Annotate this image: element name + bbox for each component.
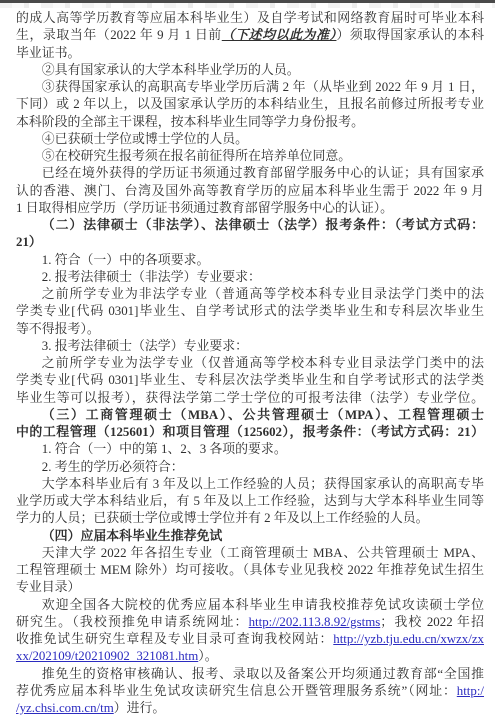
text-line: 推免生的资格审核确认、报考、录取以及备案公开均须通过教育部“全国推	[16, 666, 484, 683]
text-line: 研究生。（我校预推免申请系统网址：http://202.113.8.92/gst…	[16, 614, 484, 631]
text-line: 认的香港、澳门、台湾及国外高等教育学历的应届本科毕业生需于 2022 年 9 月	[16, 183, 484, 200]
text-line: 天津大学 2022 年各招生专业（工商管理硕士 MBA、公共管理硕士 MPA、	[16, 545, 484, 562]
text-run: 收推免试生研究生章程及专业目录可查询我校网站：	[16, 632, 333, 646]
text-run: 学类专业[代码 0301]毕业生、专科层次法学类毕业生和自学考试形式的法学类	[16, 373, 484, 387]
text-line: 3. 报考法律硕士（法学）专业要求：	[16, 338, 484, 355]
text-run: 推免生的资格审核确认、报考、录取以及备案公开均须通过教育部“全国推	[42, 667, 484, 681]
text-line: 大学本科毕业后有 3 年及以上工作经验的人员；获得国家承认的高职高专毕	[16, 476, 484, 493]
text-line: 学类专业[代码 0301]毕业生、自学考试形式的法学类毕业生和专科层次毕业生	[16, 303, 484, 320]
text-run: 认的香港、澳门、台湾及国外高等教育学历的应届本科毕业生需于 2022 年 9 月	[16, 184, 484, 198]
text-run: 毕业证书。	[16, 46, 80, 60]
text-run: 已经在境外获得的学历证书须通过教育部留学服务中心的认证；具有国家承	[42, 166, 484, 180]
text-line: （三）工商管理硕士（MBA）、公共管理硕士（MPA）、工程管理硕士（MEM）	[16, 407, 484, 424]
text-run: 之前所学专业为法学专业（仅普通高等学校本科专业目录法学门类中的法	[42, 356, 484, 370]
text-run: 研究生。（我校预推免申请系统网址：	[16, 615, 249, 629]
text-line: ③获得国家承认的高职高专毕业学历后满 2 年（从毕业到 2022 年 9 月 1…	[16, 79, 484, 96]
text-line: 2. 考生的学历必须符合：	[16, 459, 484, 476]
text-run: 1. 符合（一）中的第 1、2、3 各项的要求。	[42, 442, 287, 456]
text-line: 之前所学专业为法学专业（仅普通高等学校本科专业目录法学门类中的法	[16, 355, 484, 372]
text-run: 生，录取当年（2022 年 9 月 1 日前	[16, 28, 222, 42]
text-run: 欢迎全国各大院校的优秀应届本科毕业生申请我校推荐免试攻读硕士学位	[42, 598, 484, 612]
text-run: （下述均以此为准）	[222, 28, 337, 42]
text-run: 之前所学专业为非法学专业（普通高等学校本科专业目录法学门类中的法	[42, 287, 484, 301]
text-line: 中的工程管理（125601）和项目管理（125602），报考条件：（考试方式码：…	[16, 424, 484, 441]
text-line: 21）	[16, 234, 484, 251]
text-line: 专业目录）	[16, 579, 484, 596]
text-run: 学力的人员；已获硕士学位或博士学位并有 2 年及以上工作经验的人员。	[16, 511, 429, 525]
text-line: 1 日取得相应学历（学历证书须通过教育部留学服务中心的认证）。	[16, 200, 484, 217]
text-line: 欢迎全国各大院校的优秀应届本科毕业生申请我校推荐免试攻读硕士学位	[16, 597, 484, 614]
text-run: 业学历或大学本科结业后，有 5 年及以上工作经验，达到与大学本科毕业生同等	[16, 494, 484, 508]
text-line: 毕业生等可以报考），获得法学第二学士学位的可报考法律（法学）专业学位。	[16, 390, 484, 407]
text-run: 工程管理硕士 MEM 除外）均可接收。（具体专业见我校 2022 年推荐免试生招…	[16, 563, 484, 577]
text-run: 21）	[16, 235, 42, 249]
text-run: 本科阶段的全部主干课程，按本科毕业生同等学力身份报考。	[16, 115, 364, 129]
text-run: 2. 考生的学历必须符合：	[42, 460, 184, 474]
text-run: ；我校 2022 年招	[380, 615, 484, 629]
hyperlink[interactable]: xx/202109/t20210902_321081.htm	[16, 649, 198, 663]
text-run: （三）工商管理硕士（MBA）、公共管理硕士（MPA）、工程管理硕士（MEM）	[16, 408, 484, 424]
text-run: 1. 符合（一）中的各项要求。	[42, 253, 210, 267]
text-line: 的成人高等学历教育等应届本科毕业生）及自学考试和网络教育届时可毕业本科	[16, 10, 484, 27]
text-run: 大学本科毕业后有 3 年及以上工作经验的人员；获得国家承认的高职高专毕	[42, 477, 484, 491]
text-run: （四）应届本科毕业生推荐免试	[42, 529, 222, 543]
hyperlink[interactable]: http:/	[457, 684, 484, 698]
text-line: （二）法律硕士（非法学）、法律硕士（法学）报考条件：（考试方式码：	[16, 217, 484, 234]
text-run: 2. 报考法律硕士（非法学）专业要求：	[42, 270, 261, 284]
text-line: 收推免试生研究生章程及专业目录可查询我校网站：http://yzb.tju.ed…	[16, 631, 484, 648]
hyperlink[interactable]: http://202.113.8.92/gstms	[249, 615, 381, 629]
text-run: （二）法律硕士（非法学）、法律硕士（法学）报考条件：（考试方式码：	[42, 218, 484, 232]
text-run: ⑤在校研究生报考须在报名前征得所在培养单位同意。	[42, 149, 351, 163]
text-line: ②具有国家承认的大学本科毕业学历的人员。	[16, 62, 484, 79]
text-line: 等不得报考）。	[16, 321, 484, 338]
text-line: xx/202109/t20210902_321081.htm）。	[16, 648, 484, 665]
text-run: 下同）或 2 年以上，以及国家承认学历的本科结业生，且报名前修过所报考专业	[16, 97, 484, 111]
text-run: ③获得国家承认的高职高专毕业学历后满 2 年（从毕业到 2022 年 9 月 1…	[42, 80, 484, 94]
text-line: 下同）或 2 年以上，以及国家承认学历的本科结业生，且报名前修过所报考专业	[16, 96, 484, 113]
text-line: 2. 报考法律硕士（非法学）专业要求：	[16, 269, 484, 286]
text-line: 业学历或大学本科结业后，有 5 年及以上工作经验，达到与大学本科毕业生同等	[16, 493, 484, 510]
text-run: 中的工程管理（125601）和项目管理（125602），报考条件：（考试方式码：…	[16, 425, 484, 439]
text-run: 等不得报考）。	[16, 322, 100, 336]
text-run: 1 日取得相应学历（学历证书须通过教育部留学服务中心的认证）。	[16, 201, 393, 215]
text-line: 工程管理硕士 MEM 除外）均可接收。（具体专业见我校 2022 年推荐免试生招…	[16, 562, 484, 579]
text-run: 3. 报考法律硕士（法学）专业要求：	[42, 339, 248, 353]
text-run: 的成人高等学历教育等应届本科毕业生）及自学考试和网络教育届时可毕业本科	[16, 11, 484, 25]
text-run: 学类专业[代码 0301]毕业生、自学考试形式的法学类毕业生和专科层次毕业生	[16, 304, 484, 318]
text-run: 荐优秀应届本科毕业生免试攻读研究生信息公开暨管理服务系统”（网址：	[16, 684, 457, 698]
text-run: ）。	[198, 649, 217, 663]
text-line: 1. 符合（一）中的各项要求。	[16, 252, 484, 269]
text-run: ）进行。	[114, 701, 166, 715]
text-run: ④已获硕士学位或博士学位的人员。	[42, 132, 248, 146]
text-line: 生，录取当年（2022 年 9 月 1 日前（下述均以此为准））须取得国家承认的…	[16, 27, 484, 44]
text-line: 学类专业[代码 0301]毕业生、专科层次法学类毕业生和自学考试形式的法学类	[16, 372, 484, 389]
text-run: 专业目录）	[16, 580, 80, 594]
text-line: 荐优秀应届本科毕业生免试攻读研究生信息公开暨管理服务系统”（网址：http:/	[16, 683, 484, 700]
text-line: 1. 符合（一）中的第 1、2、3 各项的要求。	[16, 441, 484, 458]
document-page: 的成人高等学历教育等应届本科毕业生）及自学考试和网络教育届时可毕业本科生，录取当…	[0, 8, 495, 717]
text-line: 之前所学专业为非法学专业（普通高等学校本科专业目录法学门类中的法	[16, 286, 484, 303]
text-line: 学力的人员；已获硕士学位或博士学位并有 2 年及以上工作经验的人员。	[16, 510, 484, 527]
text-line: ⑤在校研究生报考须在报名前征得所在培养单位同意。	[16, 148, 484, 165]
hyperlink[interactable]: /yz.chsi.com.cn/tm	[16, 701, 114, 715]
text-run: 毕业生等可以报考），获得法学第二学士学位的可报考法律（法学）专业学位。	[16, 391, 484, 405]
text-run: 天津大学 2022 年各招生专业（工商管理硕士 MBA、公共管理硕士 MPA、	[42, 546, 484, 560]
text-line: 已经在境外获得的学历证书须通过教育部留学服务中心的认证；具有国家承	[16, 165, 484, 182]
text-run: ②具有国家承认的大学本科毕业学历的人员。	[42, 63, 300, 77]
text-run: ）须取得国家承认的本科	[336, 28, 484, 42]
text-line: ④已获硕士学位或博士学位的人员。	[16, 131, 484, 148]
hyperlink[interactable]: http://yzb.tju.edu.cn/xwzx/zx	[333, 632, 484, 646]
text-line: 本科阶段的全部主干课程，按本科毕业生同等学力身份报考。	[16, 114, 484, 131]
text-line: /yz.chsi.com.cn/tm）进行。	[16, 700, 484, 717]
text-line: （四）应届本科毕业生推荐免试	[16, 528, 484, 545]
text-line: 毕业证书。	[16, 45, 484, 62]
